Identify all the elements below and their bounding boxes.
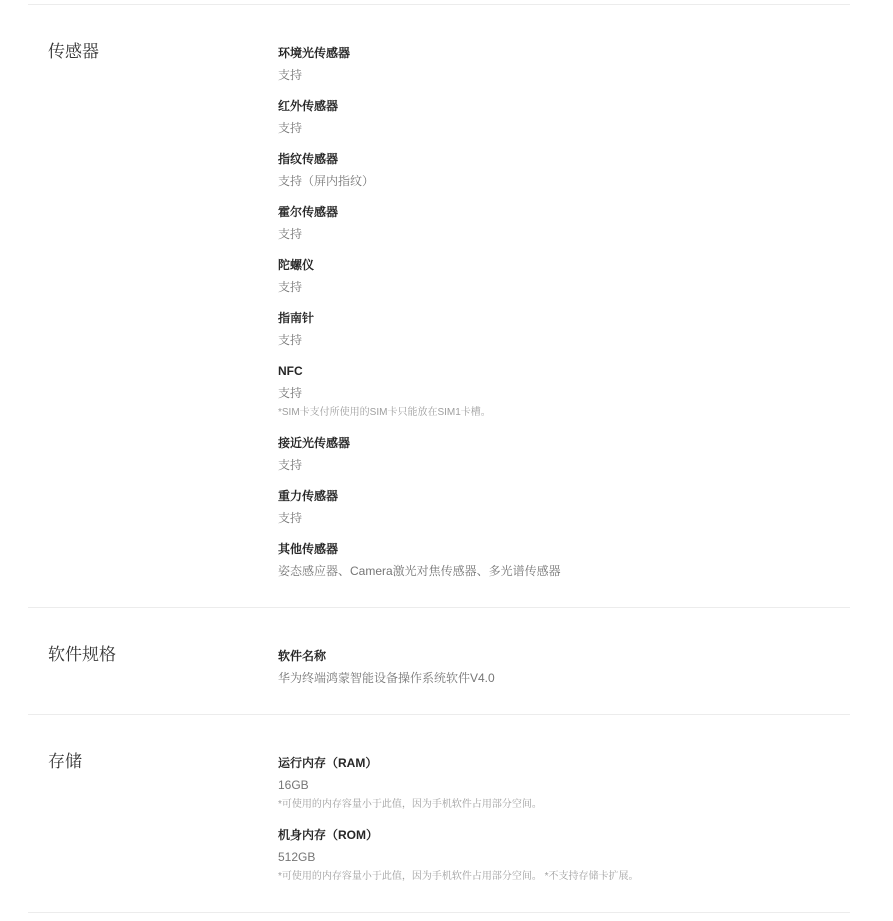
spec-value: 支持: [278, 226, 893, 242]
spec-value: 支持: [278, 120, 893, 136]
spec-row-nfc: NFC 支持 *SIM卡支付所使用的SIM卡只能放在SIM1卡槽。: [278, 363, 893, 420]
spec-row-compass: 指南针 支持: [278, 310, 893, 348]
section-sensors: 传感器 环境光传感器 支持 红外传感器 支持 指纹传感器 支持（屏内指纹） 霍尔…: [0, 5, 893, 607]
section-divider: [28, 912, 850, 913]
spec-row-ambient-light: 环境光传感器 支持: [278, 45, 893, 83]
spec-row-other-sensors: 其他传感器 姿态感应器、Camera激光对焦传感器、多光谱传感器: [278, 541, 893, 579]
spec-value: 512GB: [278, 849, 893, 865]
spec-value: 支持: [278, 510, 893, 526]
spec-label: 运行内存（RAM）: [278, 755, 893, 771]
spec-label: 机身内存（ROM）: [278, 827, 893, 843]
section-items-storage: 运行内存（RAM） 16GB *可使用的内存容量小于此值，因为手机软件占用部分空…: [278, 750, 893, 884]
spec-value: 姿态感应器、Camera激光对焦传感器、多光谱传感器: [278, 563, 893, 579]
spec-label: 重力传感器: [278, 488, 893, 504]
spec-row-ram: 运行内存（RAM） 16GB *可使用的内存容量小于此值，因为手机软件占用部分空…: [278, 755, 893, 812]
spec-value: 支持: [278, 332, 893, 348]
spec-row-proximity: 接近光传感器 支持: [278, 435, 893, 473]
section-storage: 存储 运行内存（RAM） 16GB *可使用的内存容量小于此值，因为手机软件占用…: [0, 715, 893, 912]
spec-label: 软件名称: [278, 648, 893, 664]
section-items-software: 软件名称 华为终端鸿蒙智能设备操作系统软件V4.0: [278, 643, 893, 686]
section-title-storage: 存储: [48, 750, 278, 774]
spec-value: 华为终端鸿蒙智能设备操作系统软件V4.0: [278, 670, 893, 686]
spec-label: 环境光传感器: [278, 45, 893, 61]
spec-value: 支持: [278, 385, 893, 401]
spec-row-fingerprint: 指纹传感器 支持（屏内指纹）: [278, 151, 893, 189]
spec-row-gyroscope: 陀螺仪 支持: [278, 257, 893, 295]
section-items-sensors: 环境光传感器 支持 红外传感器 支持 指纹传感器 支持（屏内指纹） 霍尔传感器 …: [278, 40, 893, 579]
spec-value: 支持: [278, 279, 893, 295]
product-spec-page: 传感器 环境光传感器 支持 红外传感器 支持 指纹传感器 支持（屏内指纹） 霍尔…: [0, 4, 893, 913]
spec-value: 支持: [278, 67, 893, 83]
spec-footnote: *可使用的内存容量小于此值，因为手机软件占用部分空间。: [278, 798, 893, 812]
spec-row-gravity: 重力传感器 支持: [278, 488, 893, 526]
spec-label: 红外传感器: [278, 98, 893, 114]
spec-row-hall: 霍尔传感器 支持: [278, 204, 893, 242]
spec-footnote: *SIM卡支付所使用的SIM卡只能放在SIM1卡槽。: [278, 406, 893, 420]
spec-row-infrared: 红外传感器 支持: [278, 98, 893, 136]
spec-label: NFC: [278, 363, 893, 379]
spec-label: 其他传感器: [278, 541, 893, 557]
spec-label: 指纹传感器: [278, 151, 893, 167]
spec-value: 支持: [278, 457, 893, 473]
section-title-sensors: 传感器: [48, 40, 278, 64]
spec-label: 陀螺仪: [278, 257, 893, 273]
spec-value: 支持（屏内指纹）: [278, 173, 893, 189]
section-title-software: 软件规格: [48, 643, 278, 667]
spec-footnote: *可使用的内存容量小于此值，因为手机软件占用部分空间。 *不支持存储卡扩展。: [278, 870, 893, 884]
spec-label: 接近光传感器: [278, 435, 893, 451]
section-software: 软件规格 软件名称 华为终端鸿蒙智能设备操作系统软件V4.0: [0, 608, 893, 714]
spec-row-rom: 机身内存（ROM） 512GB *可使用的内存容量小于此值，因为手机软件占用部分…: [278, 827, 893, 884]
spec-label: 指南针: [278, 310, 893, 326]
spec-row-software-name: 软件名称 华为终端鸿蒙智能设备操作系统软件V4.0: [278, 648, 893, 686]
spec-value: 16GB: [278, 777, 893, 793]
spec-label: 霍尔传感器: [278, 204, 893, 220]
